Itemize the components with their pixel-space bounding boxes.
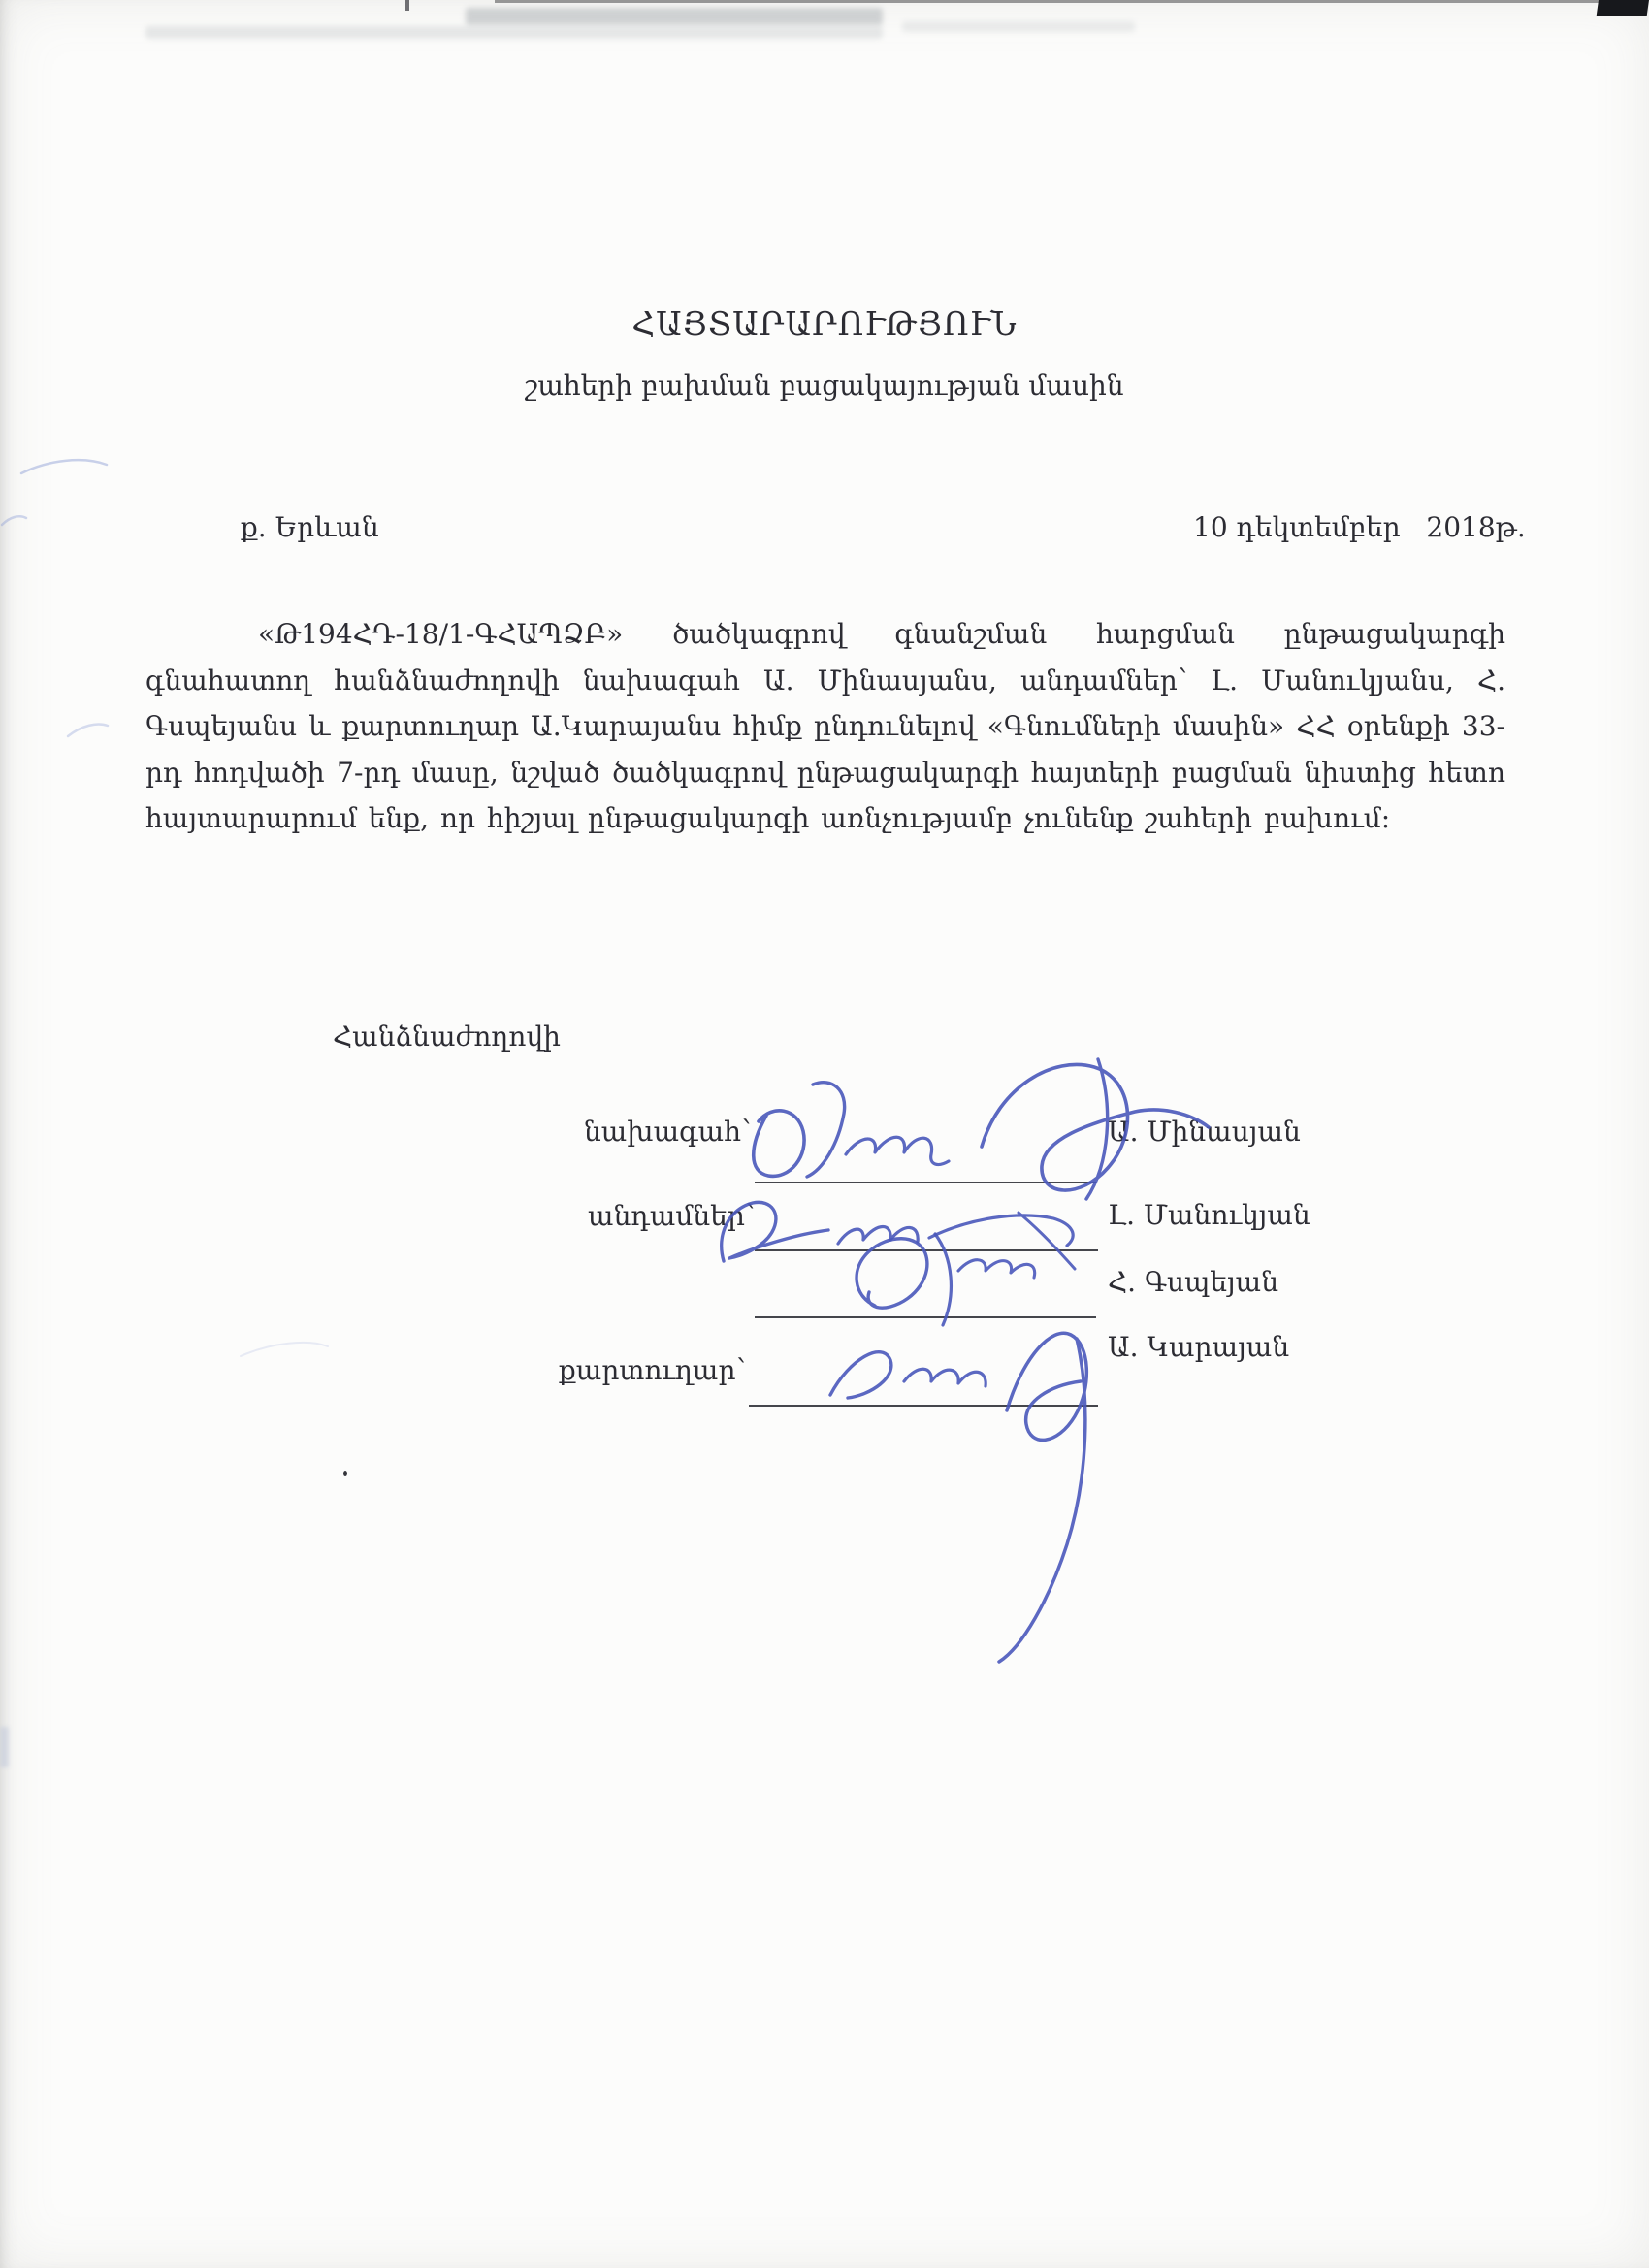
signature-gspeyan-ink — [857, 1234, 1035, 1325]
handwritten-signatures — [0, 0, 1649, 2268]
signature-chairman-ink — [754, 1059, 1209, 1199]
signature-karayan-ink — [830, 1333, 1086, 1662]
signature-manukyan-ink — [722, 1202, 1075, 1269]
scanned-document-page: ՀԱՅՏԱՐԱՐՈՒԹՅՈՒՆ շահերի բախման բացակայութ… — [0, 0, 1649, 2268]
